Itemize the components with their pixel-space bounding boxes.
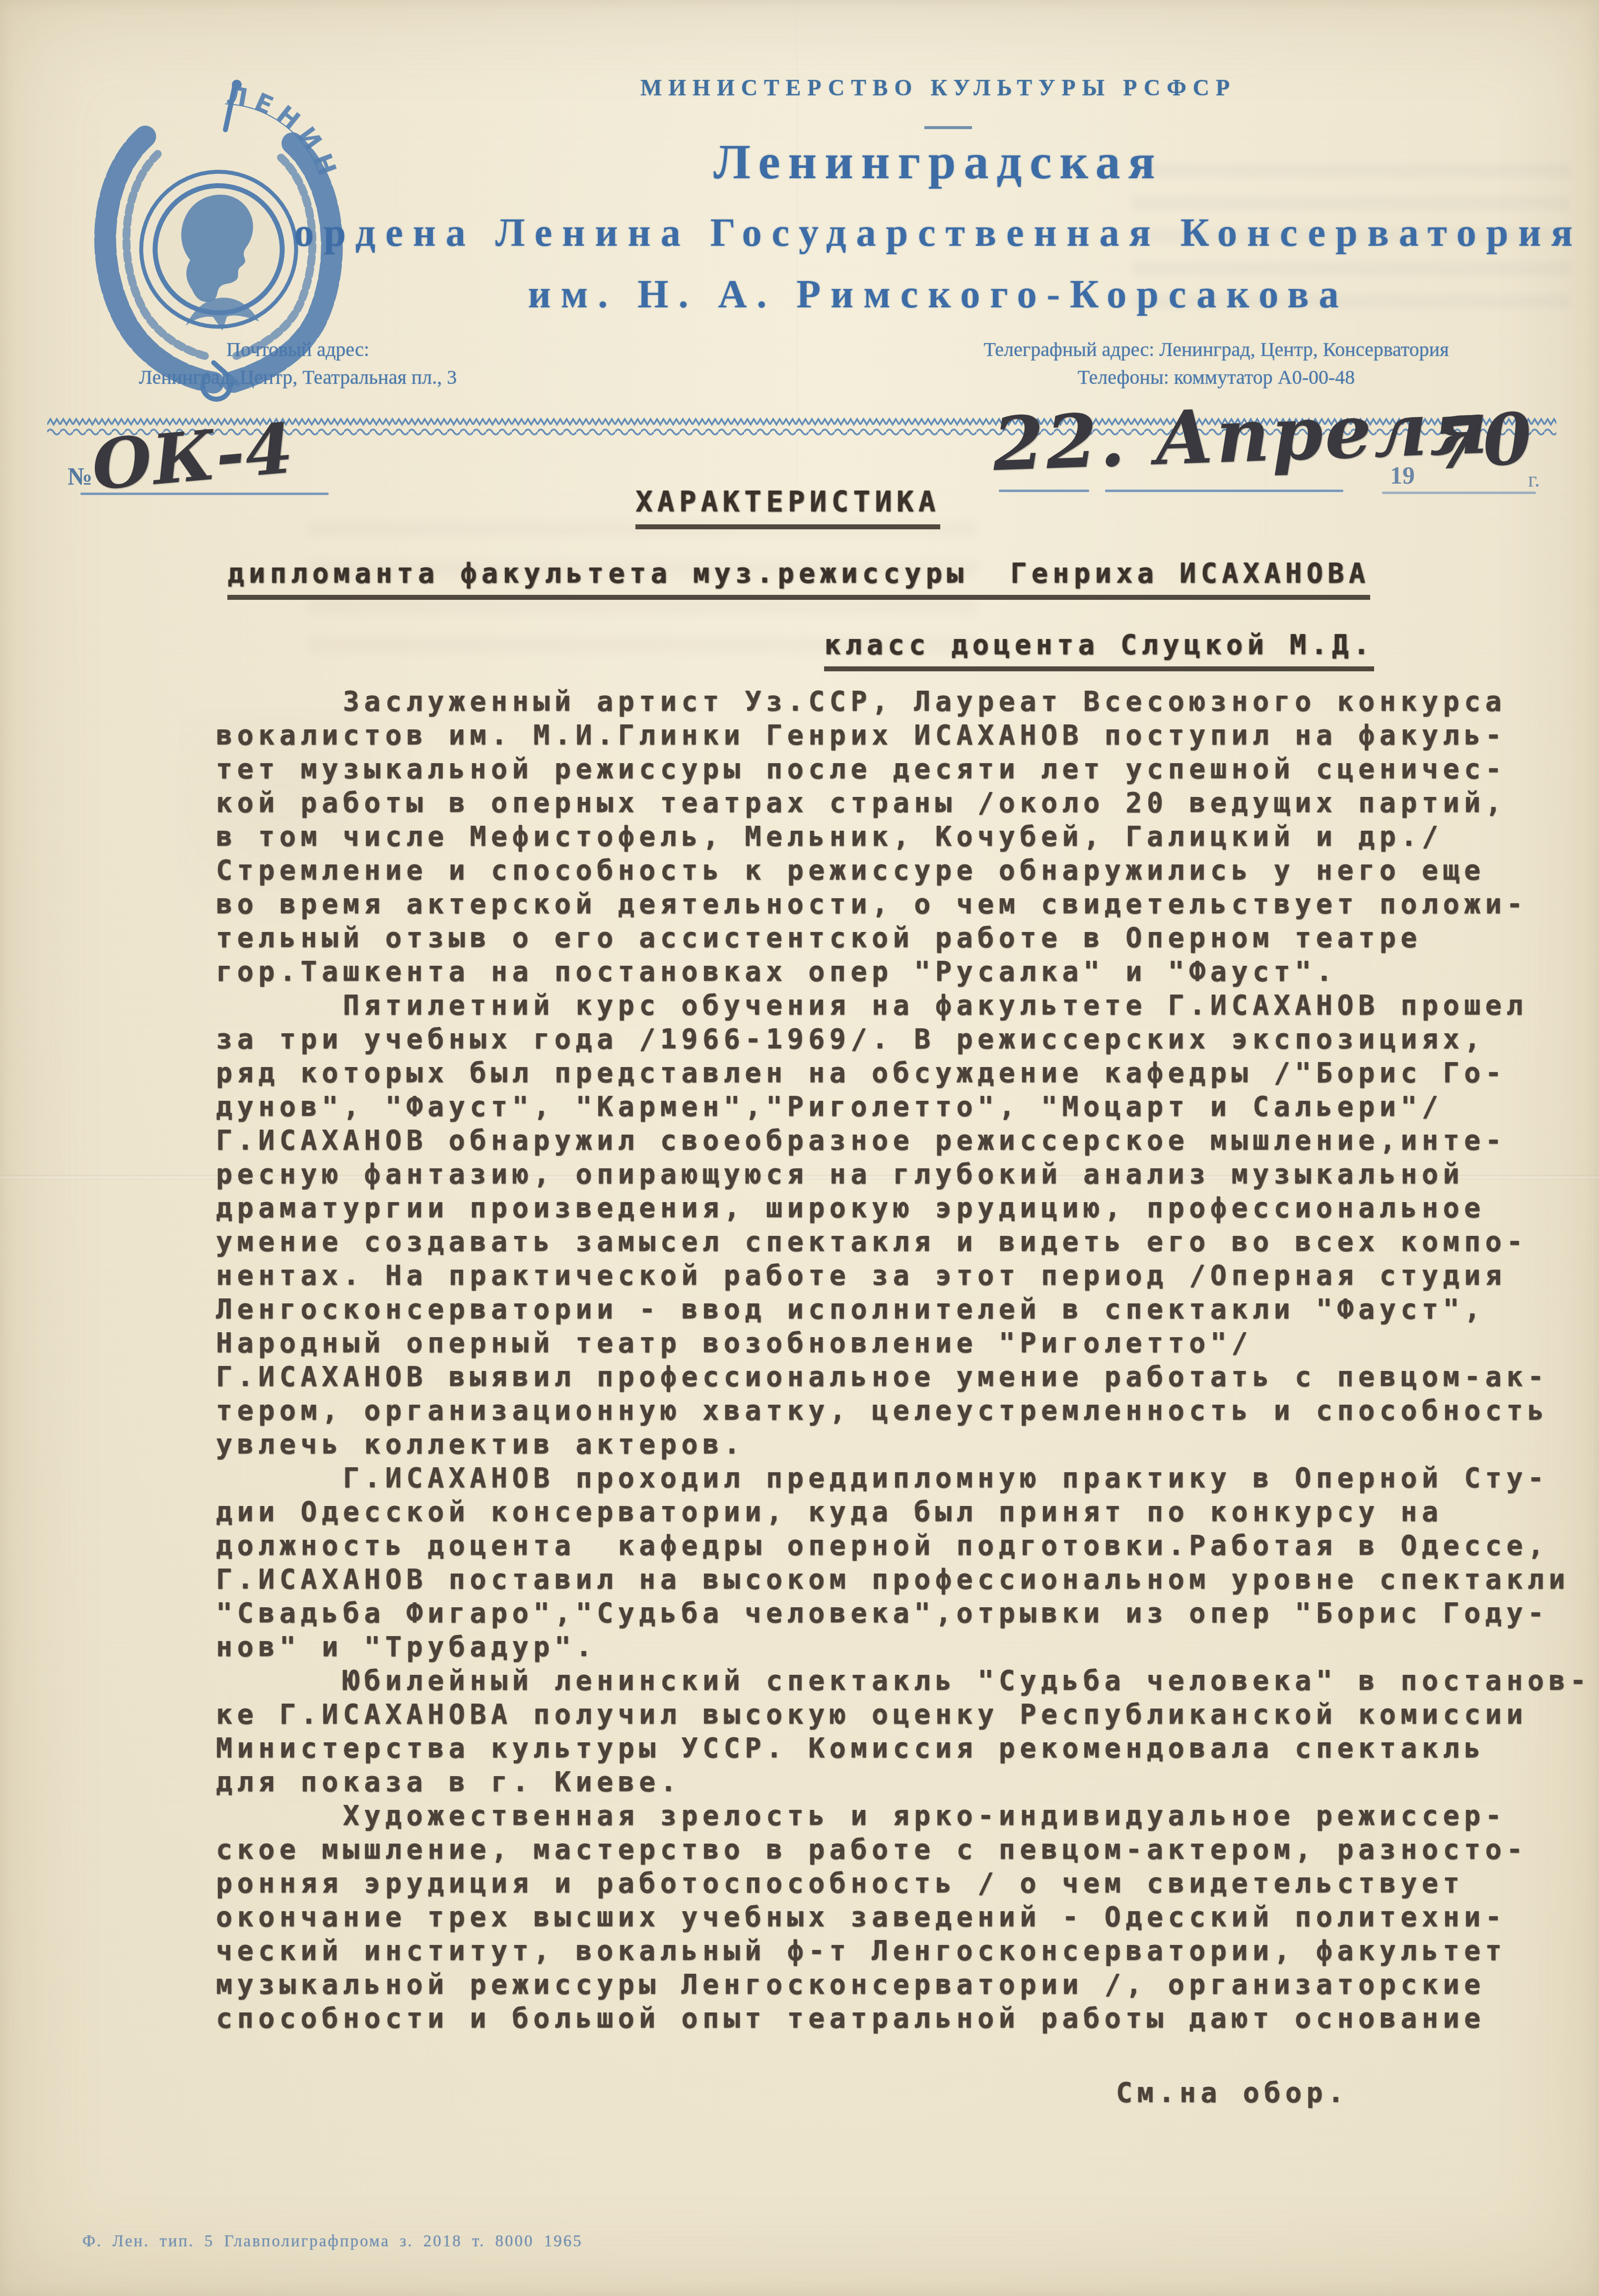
ministry-divider	[924, 126, 972, 129]
text-line: гор.Ташкента на постановках опер "Русалк…	[216, 954, 1591, 988]
text-line: Пятилетний курс обучения на факультете Г…	[216, 988, 1591, 1022]
text-line: вокалистов им. М.И.Глинки Генрих ИСАХАНО…	[216, 718, 1591, 752]
text-line: Стремление и способность к режиссуре обн…	[216, 853, 1591, 887]
handwritten-date: 22. Апреля	[991, 384, 1491, 488]
organization-name-line3: им. Н. А. Римского-Корсакова	[278, 272, 1599, 317]
text-line: нентах. На практической работе за этот п…	[216, 1258, 1591, 1292]
text-line: увлечь коллектив актеров.	[216, 1427, 1591, 1461]
text-line: тельный отзыв о его ассистентской работе…	[216, 921, 1591, 954]
paragraph: Пятилетний курс обучения на факультете Г…	[216, 988, 1591, 1461]
text-line: в том числе Мефистофель, Мельник, Кочубе…	[216, 819, 1591, 853]
text-line: ке Г.ИСАХАНОВА получил высокую оценку Ре…	[216, 1697, 1591, 1731]
number-sign: №	[68, 462, 92, 491]
printed-year-suffix: г.	[1528, 467, 1540, 492]
text-line: Народный оперный театр возобновление "Ри…	[216, 1326, 1591, 1360]
text-line: Заслуженный артист Уз.ССР, Лауреат Всесо…	[216, 684, 1591, 718]
printers-imprint: Ф. Лен. тип. 5 Главполиграфпрома з. 2018…	[82, 2232, 583, 2251]
year-underline	[1382, 492, 1536, 494]
printed-year-prefix: 19	[1390, 461, 1415, 490]
text-line: должность доцента кафедры оперной подгот…	[216, 1528, 1591, 1562]
paragraph: Заслуженный артист Уз.ССР, Лауреат Всесо…	[216, 684, 1591, 988]
text-line: Г.ИСАХАНОВ поставил на высоком профессио…	[216, 1562, 1591, 1596]
document-body: Заслуженный артист Уз.ССР, Лауреат Всесо…	[216, 684, 1591, 2035]
text-line: Художественная зрелость и ярко-индивидуа…	[216, 1798, 1591, 1832]
postal-address-value: Ленинград, Центр, Театральная пл., 3	[45, 363, 551, 391]
see-overleaf-note: См.на обор.	[1116, 2077, 1349, 2108]
text-line: Г.ИСАХАНОВ выявил профессиональное умени…	[216, 1360, 1591, 1393]
text-line: драматургии произведения, широкую эрудиц…	[216, 1191, 1591, 1224]
postal-address-block: Почтовый адрес: Ленинград, Центр, Театра…	[45, 336, 551, 391]
text-line: ряд которых был представлен на обсуждени…	[216, 1056, 1591, 1089]
text-line: Министерства культуры УССР. Комиссия рек…	[216, 1731, 1591, 1765]
handwritten-year: 70	[1431, 397, 1534, 486]
text-line: тером, организационную хватку, целеустре…	[216, 1393, 1591, 1427]
postal-address-label: Почтовый адрес:	[45, 336, 551, 363]
text-line: ческий институт, вокальный ф-т Ленгоскон…	[216, 1934, 1591, 1967]
handwritten-document-number: ОК-4	[89, 408, 297, 506]
text-line: ронняя эрудиция и работоспособность / о …	[216, 1866, 1591, 1900]
organization-name-line1: Ленинградская	[278, 133, 1599, 190]
text-line: Юбилейный ленинский спектакль "Судьба че…	[216, 1663, 1591, 1697]
date-underline	[999, 490, 1089, 492]
document-subtitle-class-text: класс доцента Слуцкой М.Д.	[824, 629, 1374, 671]
text-line: ресную фантазию, опирающуюся на глубокий…	[216, 1157, 1591, 1191]
text-line: Г.ИСАХАНОВ обнаружил своеобразное режисс…	[216, 1123, 1591, 1157]
document-subtitle-graduate-text: дипломанта факультета муз.режиссуры Генр…	[227, 557, 1370, 600]
text-line: за три учебных года /1966-1969/. В режис…	[216, 1022, 1591, 1056]
text-line: во время актерской деятельности, о чем с…	[216, 887, 1591, 921]
text-line: музыкальной режиссуры Ленгосконсерватори…	[216, 1967, 1591, 2001]
telegraph-address-line: Телеграфный адрес: Ленинград, Центр, Кон…	[854, 336, 1579, 363]
scanned-document-page: ЛЕНИН МИНИСТЕРСТВО КУЛЬТУРЫ РСФСР Ленинг…	[0, 0, 1599, 2296]
text-line: для показа в г. Киеве.	[216, 1765, 1591, 1798]
date-underline	[1105, 490, 1343, 492]
organization-name-line2: ордена Ленина Государственная Консервато…	[228, 211, 1599, 256]
text-line: способности и большой опыт театральной р…	[216, 2001, 1591, 2035]
text-line: "Свадьба Фигаро","Судьба человека",отрыв…	[216, 1596, 1591, 1630]
text-line: умение создавать замысел спектакля и вид…	[216, 1224, 1591, 1258]
text-line: кой работы в оперных театрах страны /око…	[216, 786, 1591, 819]
telegraph-address-block: Телеграфный адрес: Ленинград, Центр, Кон…	[854, 336, 1579, 391]
text-line: нов" и "Трубадур".	[216, 1630, 1591, 1663]
text-line: тет музыкальной режиссуры после десяти л…	[216, 752, 1591, 786]
document-heading-text: ХАРАКТЕРИСТИКА	[635, 486, 940, 529]
text-line: Ленгосконсерватории - ввод исполнителей …	[216, 1292, 1591, 1326]
text-line: дии Одесской консерватории, куда был при…	[216, 1495, 1591, 1528]
text-line: окончание трех высших учебных заведений …	[216, 1900, 1591, 1934]
text-line: дунов", "Фауст", "Кармен","Риголетто", "…	[216, 1089, 1591, 1123]
text-line: ское мышление, мастерство в работе с пев…	[216, 1832, 1591, 1866]
ministry-title: МИНИСТЕРСТВО КУЛЬТУРЫ РСФСР	[278, 74, 1599, 101]
paragraph: Г.ИСАХАНОВ проходил преддипломную практи…	[216, 1461, 1591, 1663]
paragraph: Юбилейный ленинский спектакль "Судьба че…	[216, 1663, 1591, 2035]
text-line: Г.ИСАХАНОВ проходил преддипломную практи…	[216, 1461, 1591, 1495]
